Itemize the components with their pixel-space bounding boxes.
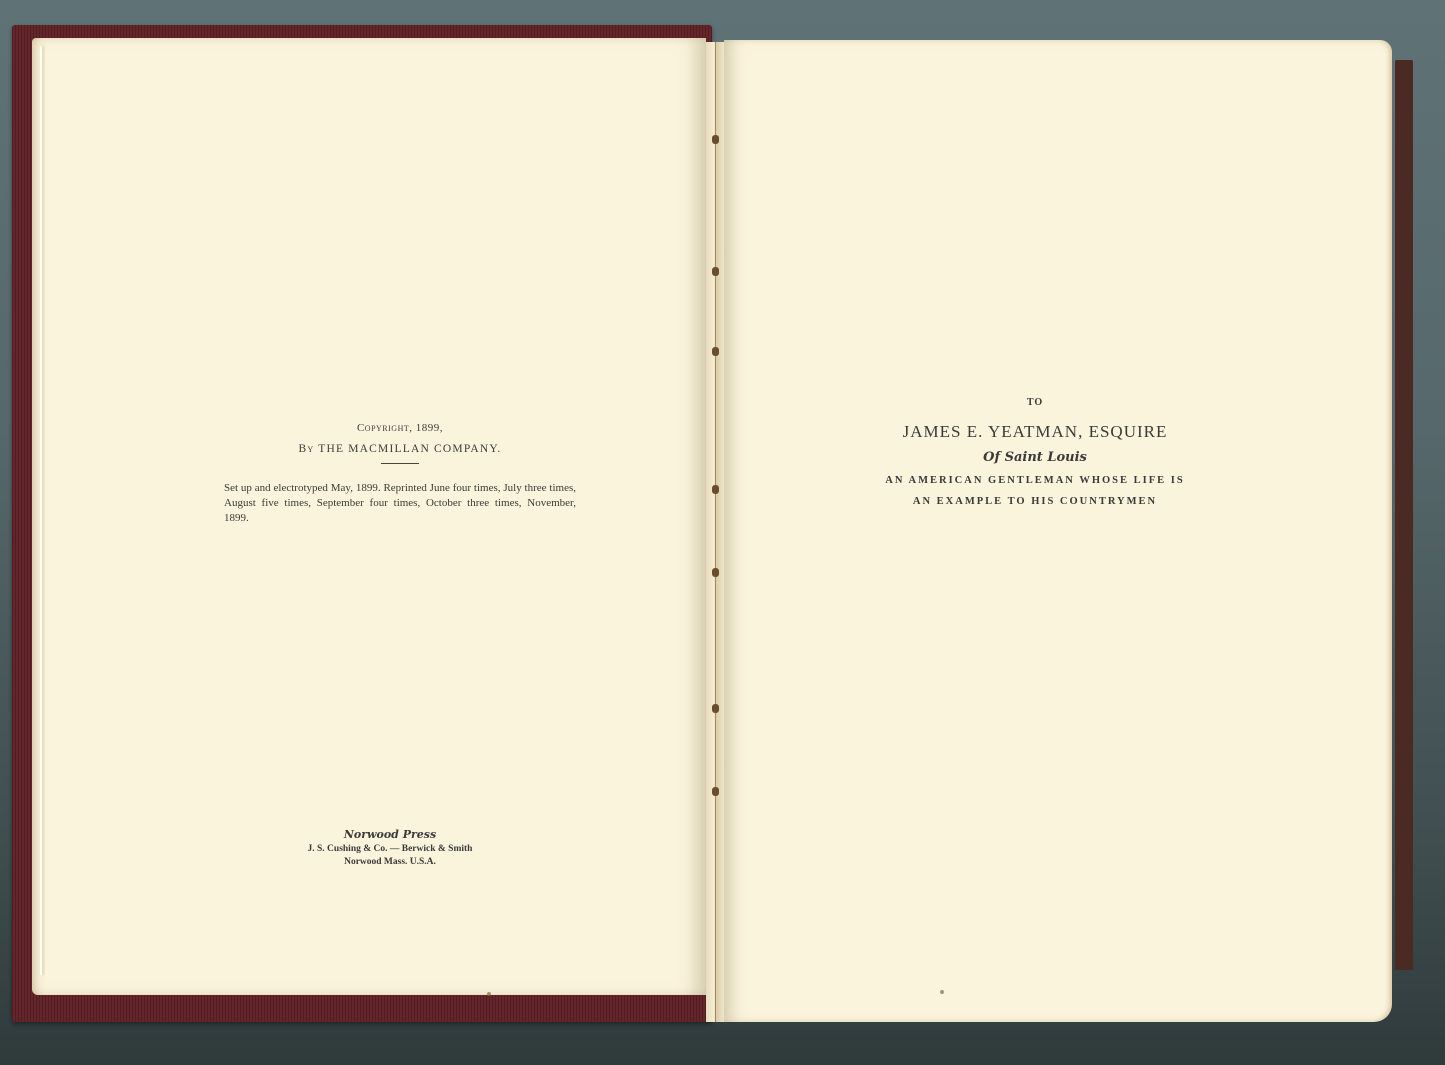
dedication-line-2: AN EXAMPLE TO HIS COUNTRYMEN xyxy=(850,496,1220,507)
divider-rule xyxy=(381,463,419,464)
stitch-mark xyxy=(712,485,719,494)
book-cover-board-right xyxy=(1395,60,1413,970)
printer-colophon: Norwood Press J. S. Cushing & Co. — Berw… xyxy=(280,828,500,869)
copyright-block: Copyright, 1899, By THE MACMILLAN COMPAN… xyxy=(224,422,576,474)
book-gutter xyxy=(706,42,724,1022)
dedicatee-place: Of Saint Louis xyxy=(850,450,1220,465)
stitch-mark xyxy=(712,787,719,796)
printing-history: Set up and electrotyped May, 1899. Repri… xyxy=(224,481,576,526)
stitch-mark xyxy=(712,568,719,577)
dedicatee-name: JAMES E. YEATMAN, ESQUIRE xyxy=(850,422,1220,442)
publisher-name: THE MACMILLAN COMPANY. xyxy=(318,443,501,455)
copyright-label: Copyright, xyxy=(357,422,413,434)
dedication-line-1: AN AMERICAN GENTLEMAN WHOSE LIFE IS xyxy=(850,475,1220,486)
paper-spot xyxy=(940,990,944,994)
right-page-dedication xyxy=(724,40,1392,1022)
binding-thread xyxy=(715,42,716,1022)
deckle-edge xyxy=(40,46,42,975)
publisher-prefix: By xyxy=(298,443,314,455)
dedication-to: TO xyxy=(850,397,1220,408)
stitch-mark xyxy=(712,135,719,144)
printer-line-2: Norwood Mass. U.S.A. xyxy=(280,856,500,869)
stitch-mark xyxy=(712,704,719,713)
stitch-mark xyxy=(712,347,719,356)
copyright-year: 1899, xyxy=(416,422,443,434)
dedication-block: TO JAMES E. YEATMAN, ESQUIRE Of Saint Lo… xyxy=(850,397,1220,507)
paper-spot xyxy=(487,992,491,996)
printer-line-1: J. S. Cushing & Co. — Berwick & Smith xyxy=(280,843,500,856)
press-name: Norwood Press xyxy=(280,828,500,841)
stitch-mark xyxy=(712,267,719,276)
